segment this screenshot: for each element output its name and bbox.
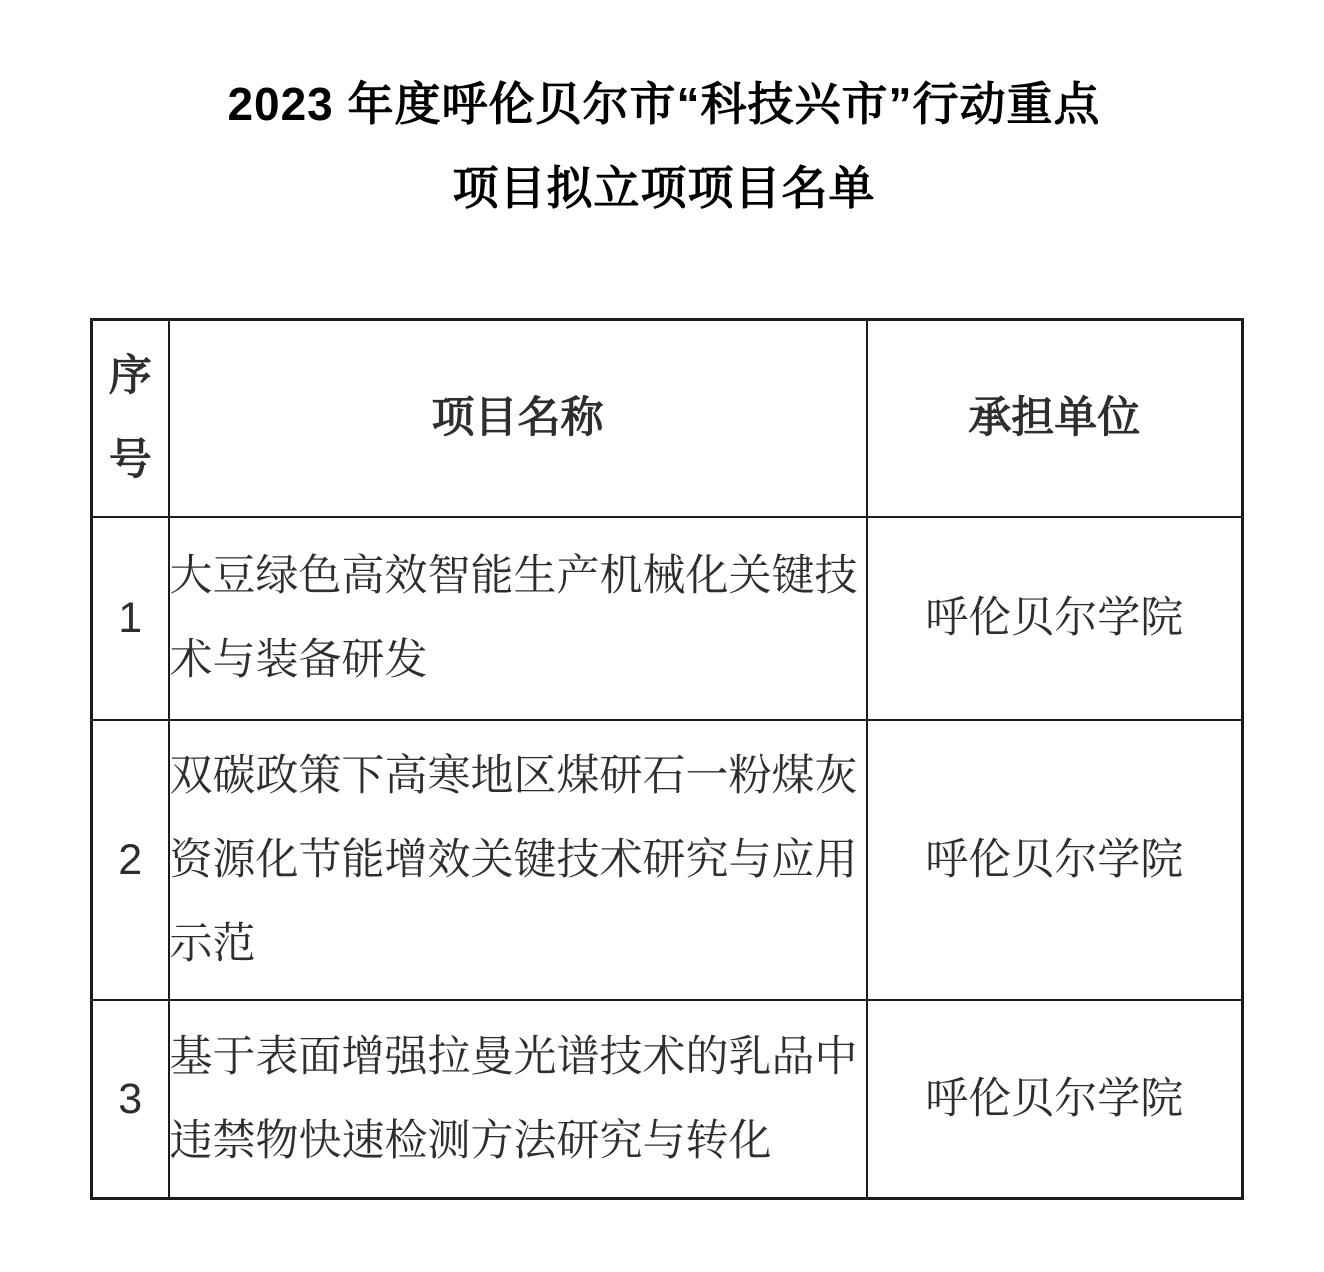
header-index: 序号 xyxy=(92,320,169,517)
row-unit: 呼伦贝尔学院 xyxy=(867,517,1243,720)
header-unit: 承担单位 xyxy=(867,320,1243,517)
row-unit: 呼伦贝尔学院 xyxy=(867,720,1243,1000)
row-index: 1 xyxy=(92,517,169,720)
title-line-1: 2023 年度呼伦贝尔市“科技兴市”行动重点 xyxy=(86,62,1242,146)
table-row: 1 大豆绿色高效智能生产机械化关键技术与装备研发 呼伦贝尔学院 xyxy=(92,517,1243,720)
document-page: 2023 年度呼伦贝尔市“科技兴市”行动重点 项目拟立项项目名单 序号 项目名称… xyxy=(0,0,1324,1272)
row-unit: 呼伦贝尔学院 xyxy=(867,1000,1243,1199)
title-line-2: 项目拟立项项目名单 xyxy=(86,146,1242,230)
document-title: 2023 年度呼伦贝尔市“科技兴市”行动重点 项目拟立项项目名单 xyxy=(86,62,1242,230)
row-project-name: 基于表面增强拉曼光谱技术的乳品中违禁物快速检测方法研究与转化 xyxy=(169,1000,867,1199)
header-project: 项目名称 xyxy=(169,320,867,517)
row-index: 3 xyxy=(92,1000,169,1199)
row-project-name: 双碳政策下高寒地区煤研石一粉煤灰资源化节能增效关键技术研究与应用示范 xyxy=(169,720,867,1000)
row-index: 2 xyxy=(92,720,169,1000)
table-row: 2 双碳政策下高寒地区煤研石一粉煤灰资源化节能增效关键技术研究与应用示范 呼伦贝… xyxy=(92,720,1243,1000)
row-project-name: 大豆绿色高效智能生产机械化关键技术与装备研发 xyxy=(169,517,867,720)
projects-table: 序号 项目名称 承担单位 1 大豆绿色高效智能生产机械化关键技术与装备研发 呼伦… xyxy=(90,318,1244,1200)
table-header-row: 序号 项目名称 承担单位 xyxy=(92,320,1243,517)
table-row: 3 基于表面增强拉曼光谱技术的乳品中违禁物快速检测方法研究与转化 呼伦贝尔学院 xyxy=(92,1000,1243,1199)
